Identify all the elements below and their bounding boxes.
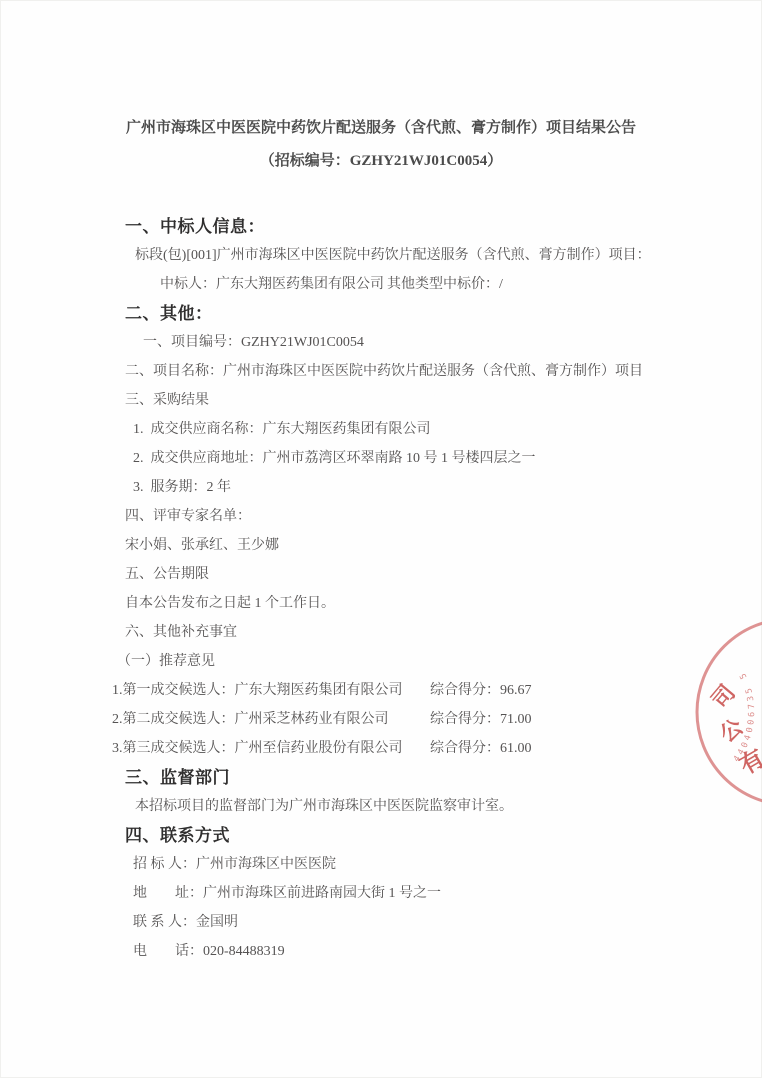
section-heading-other: 二、其他： [0,299,762,328]
candidate-3-score: 综合得分：61.00 [430,734,532,763]
candidate-3-name: 3.第三成交候选人：广州至信药业股份有限公司 [112,741,403,756]
procurement-result-heading: 三、采购结果 [0,386,762,415]
red-seal-stamp: 4404006735 5 司 公 有 [690,612,762,812]
service-period-line: 3. 服务期：2 年 [0,473,762,502]
other-type-price: 其他类型中标价：/ [387,270,503,299]
seal-glyph-1: 司 [707,680,740,713]
experts-heading: 四、评审专家名单： [0,502,762,531]
candidate-2-score: 综合得分：71.00 [430,705,532,734]
document-title: 广州市海珠区中医医院中药饮片配送服务（含代煎、膏方制作）项目结果公告 [0,112,762,145]
candidate-row-3: 3.第三成交候选人：广州至信药业股份有限公司综合得分：61.00 [0,734,762,763]
supplier-name-line: 1. 成交供应商名称：广东大翔医药集团有限公司 [0,415,762,444]
document-subtitle-tender-number: （招标编号：GZHY21WJ01C0054） [0,145,762,178]
lot-line: 标段(包)[001]广州市海珠区中医医院中药饮片配送服务（含代煎、膏方制作）项目… [0,241,762,270]
scanned-page: 广州市海珠区中医医院中药饮片配送服务（含代煎、膏方制作）项目结果公告 （招标编号… [0,0,762,1078]
project-name-line: 二、项目名称：广州市海珠区中医医院中药饮片配送服务（含代煎、膏方制作）项目 [0,357,762,386]
phone-line: 电 话：020-84488319 [0,937,762,966]
experts-names: 宋小娟、张承红、王少娜 [0,531,762,560]
section-heading-contact: 四、联系方式 [0,821,762,850]
candidate-row-1: 1.第一成交候选人：广东大翔医药集团有限公司综合得分：96.67 [0,676,762,705]
address-line: 地 址：广州市海珠区前进路南园大街 1 号之一 [0,879,762,908]
supplement-heading: 六、其他补充事宜 [0,618,762,647]
candidate-1-score: 综合得分：96.67 [430,676,532,705]
document-body: 一、中标人信息： 标段(包)[001]广州市海珠区中医医院中药饮片配送服务（含代… [0,212,762,966]
notice-period-line: 自本公告发布之日起 1 个工作日。 [0,589,762,618]
contact-person-line: 联 系 人：金国明 [0,908,762,937]
candidate-2-name: 2.第二成交候选人：广州采芝林药业有限公司 [112,712,389,727]
document-title-block: 广州市海珠区中医医院中药饮片配送服务（含代煎、膏方制作）项目结果公告 （招标编号… [0,112,762,178]
winner-line: 中标人：广东大翔医药集团有限公司其他类型中标价：/ [0,270,762,299]
supplier-address-line: 2. 成交供应商地址：广州市荔湾区环翠南路 10 号 1 号楼四层之一 [0,444,762,473]
supervision-body: 本招标项目的监督部门为广州市海珠区中医医院监察审计室。 [0,792,762,821]
winner-name: 中标人：广东大翔医药集团有限公司 [160,277,384,292]
section-heading-supervision: 三、监督部门 [0,763,762,792]
section-heading-winner-info: 一、中标人信息： [0,212,762,241]
notice-period-heading: 五、公告期限 [0,560,762,589]
candidate-row-2: 2.第二成交候选人：广州采芝林药业有限公司综合得分：71.00 [0,705,762,734]
candidate-1-name: 1.第一成交候选人：广东大翔医药集团有限公司 [112,683,403,698]
tenderer-line: 招 标 人：广州市海珠区中医医院 [0,850,762,879]
recommendation-heading: （一）推荐意见 [0,647,762,676]
project-number-line: 一、项目编号：GZHY21WJ01C0054 [0,328,762,357]
